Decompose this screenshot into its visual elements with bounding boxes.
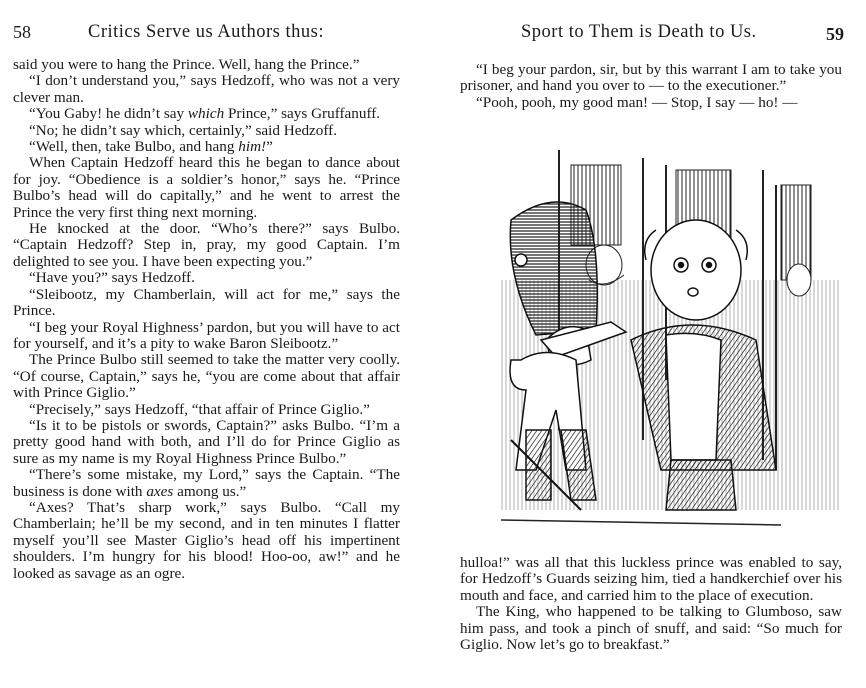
body-text: said you were to hang the Prince. Well, … <box>13 57 400 582</box>
paragraph: “Well, then, take Bulbo, and hang him!” <box>13 139 400 155</box>
paragraph: The King, who happened to be talking to … <box>460 604 842 653</box>
running-head: Critics Serve us Authors thus: <box>88 22 324 43</box>
paragraph: “Have you?” says Hedzoff. <box>13 270 400 286</box>
page-number: 59 <box>826 24 844 45</box>
paragraph: said you were to hang the Prince. Well, … <box>13 57 400 73</box>
paragraph: hulloa!” was all that this luckless prin… <box>460 555 842 604</box>
paragraph: “I don’t understand you,” says Hedzoff, … <box>13 73 400 106</box>
body-text-top: “I beg your pardon, sir, but by this war… <box>460 62 842 111</box>
left-page: 58 Critics Serve us Authors thus: said y… <box>0 0 433 688</box>
paragraph: “Sleibootz, my Chamberlain, will act for… <box>13 287 400 320</box>
page-number: 58 <box>13 22 31 43</box>
paragraph: The Prince Bulbo still seemed to take th… <box>13 352 400 401</box>
paragraph: “Precisely,” says Hedzoff, “that affair … <box>13 402 400 418</box>
paragraph: “No; he didn’t say which, certainly,” sa… <box>13 123 400 139</box>
paragraph: “I beg your pardon, sir, but by this war… <box>460 62 842 95</box>
paragraph: “I beg your Royal Highness’ pardon, but … <box>13 320 400 353</box>
paragraph: “There’s some mistake, my Lord,” says th… <box>13 467 400 500</box>
paragraph: “You Gaby! he didn’t say which Prince,” … <box>13 106 400 122</box>
body-text-bottom: hulloa!” was all that this luckless prin… <box>460 555 842 653</box>
paragraph: “Is it to be pistols or swords, Captain?… <box>13 418 400 467</box>
paragraph: “Axes? That’s sharp work,” says Bulbo. “… <box>13 500 400 582</box>
illustration-engraving <box>481 140 861 540</box>
paragraph: When Captain Hedzoff heard this he began… <box>13 155 400 221</box>
running-head: Sport to Them is Death to Us. <box>521 22 757 43</box>
paragraph: He knocked at the door. “Who’s there?” s… <box>13 221 400 270</box>
paragraph: “Pooh, pooh, my good man! — Stop, I say … <box>460 95 842 111</box>
